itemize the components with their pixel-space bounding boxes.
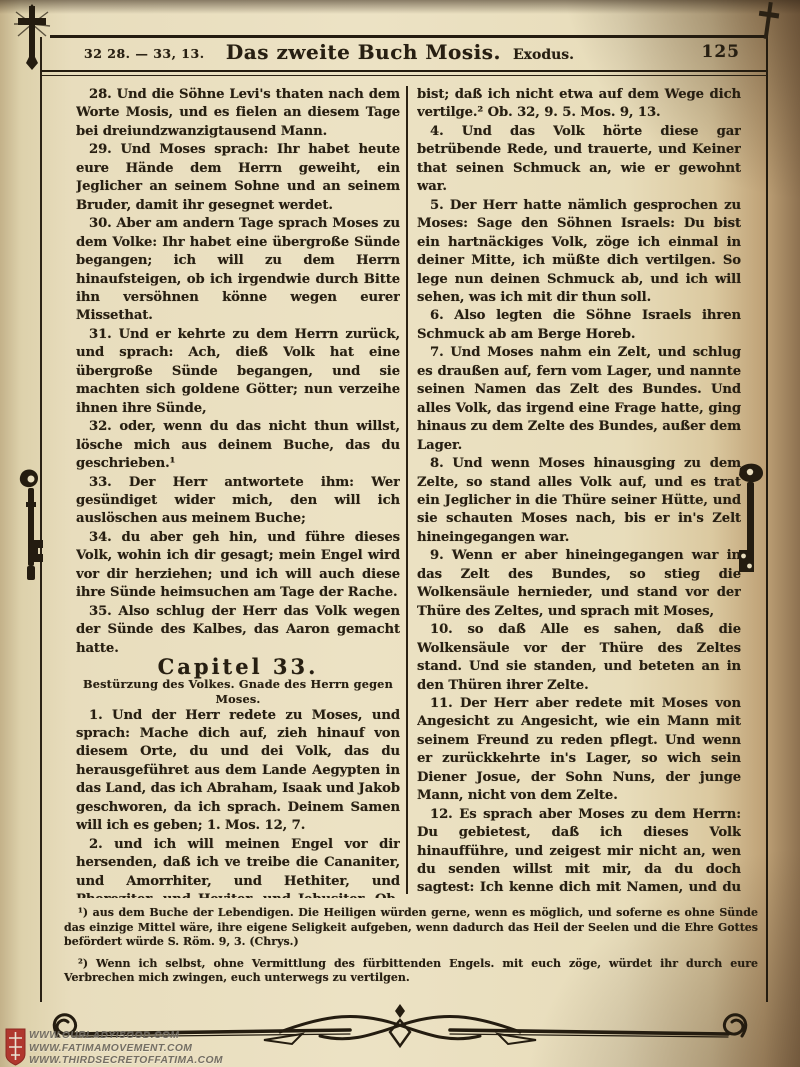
verse-paragraph: 34. du aber geh hin, und führe dieses Vo… <box>76 529 400 603</box>
page-header: 32 28. — 33, 13. Das zweite Buch Mosis.E… <box>44 40 756 66</box>
header-double-rule <box>41 70 767 76</box>
verse-paragraph: 32. oder, wenn du das nicht thun willst,… <box>76 418 400 473</box>
key-ornament-icon-left <box>16 468 46 592</box>
watermark-url-line: WWW.THIRDSECRETOFFATIMA.COM <box>29 1055 223 1067</box>
chapter-heading: Capitel 33. <box>76 658 400 676</box>
verse-paragraph: 1. Und der Herr redete zu Moses, und spr… <box>76 707 400 836</box>
chapter32-verses: 28. Und die Söhne Levi's thaten nach dem… <box>76 86 400 658</box>
footnote-paragraph: ¹) aus dem Buche der Lebendigen. Die Hei… <box>64 906 758 950</box>
watermark-url-line: WWW.FATIMAMOVEMENT.COM <box>29 1043 223 1056</box>
verse-paragraph: 12. Es sprach aber Moses zu dem Herrn: D… <box>417 806 741 898</box>
book-title: Das zweite Buch Mosis. <box>226 40 501 64</box>
continuation-paragraph: bist; daß ich nicht etwa auf dem Wege di… <box>417 86 741 123</box>
verse-paragraph: 28. Und die Söhne Levi's thaten nach dem… <box>76 86 400 141</box>
right-text-column: bist; daß ich nicht etwa auf dem Wege di… <box>417 86 741 898</box>
small-cross-finial-icon <box>753 0 783 48</box>
verse-paragraph: 9. Wenn er aber hineingegangen war in da… <box>417 547 741 621</box>
verse-paragraph: 5. Der Herr hatte nämlich gesprochen zu … <box>417 197 741 308</box>
page-border-right <box>766 37 768 1002</box>
watermark-urls: WWW.OURLADYISGOD.COMWWW.FATIMAMOVEMENT.C… <box>29 1030 223 1067</box>
verse-paragraph: 10. so daß Alle es sahen, daß die Wolken… <box>417 621 741 695</box>
footnotes-section: ¹) aus dem Buche der Lebendigen. Die Hei… <box>64 906 758 993</box>
verse-paragraph: 6. Also legten die Söhne Israels ihren S… <box>417 307 741 344</box>
verse-paragraph: 29. Und Moses sprach: Ihr habet heute eu… <box>76 141 400 215</box>
scanned-bible-page: 32 28. — 33, 13. Das zweite Buch Mosis.E… <box>0 0 800 1067</box>
verse-paragraph: 4. Und das Volk hörte diese gar betrüben… <box>417 123 741 197</box>
verse-paragraph: 30. Aber am andern Tage sprach Moses zu … <box>76 215 400 326</box>
page-number: 125 <box>702 42 741 62</box>
chapter-summary: Bestürzung des Volkes. Gnade des Herrn g… <box>76 677 400 707</box>
verse-paragraph: 11. Der Herr aber redete mit Moses von A… <box>417 695 741 806</box>
watermark-url-line: WWW.OURLADYISGOD.COM <box>29 1030 223 1043</box>
verse-paragraph: 33. Der Herr antwortete ihm: Wer gesündi… <box>76 474 400 529</box>
verse-paragraph: 8. Und wenn Moses hinausging zu dem Zelt… <box>417 455 741 547</box>
column-divider-rule <box>406 86 408 894</box>
verse-paragraph: 7. Und Moses nahm ein Zelt, und schlug e… <box>417 344 741 455</box>
verse-paragraph: 2. und ich will meinen Engel vor dir her… <box>76 836 400 898</box>
left-text-column: 28. Und die Söhne Levi's thaten nach dem… <box>76 86 400 898</box>
chapter33-verses-continued: 4. Und das Volk hörte diese gar betrüben… <box>417 123 741 898</box>
page-border-top <box>50 35 768 38</box>
book-subtitle: Exodus. <box>513 47 574 63</box>
red-shield-icon <box>5 1028 26 1067</box>
chapter33-verses: 1. Und der Herr redete zu Moses, und spr… <box>76 707 400 899</box>
footnote-paragraph: ²) Wenn ich selbst, ohne Vermittlung des… <box>64 957 758 986</box>
verse-paragraph: 31. Und er kehrte zu dem Herrn zurück, u… <box>76 326 400 418</box>
verse-paragraph: 35. Also schlug der Herr das Volk wegen … <box>76 603 400 658</box>
